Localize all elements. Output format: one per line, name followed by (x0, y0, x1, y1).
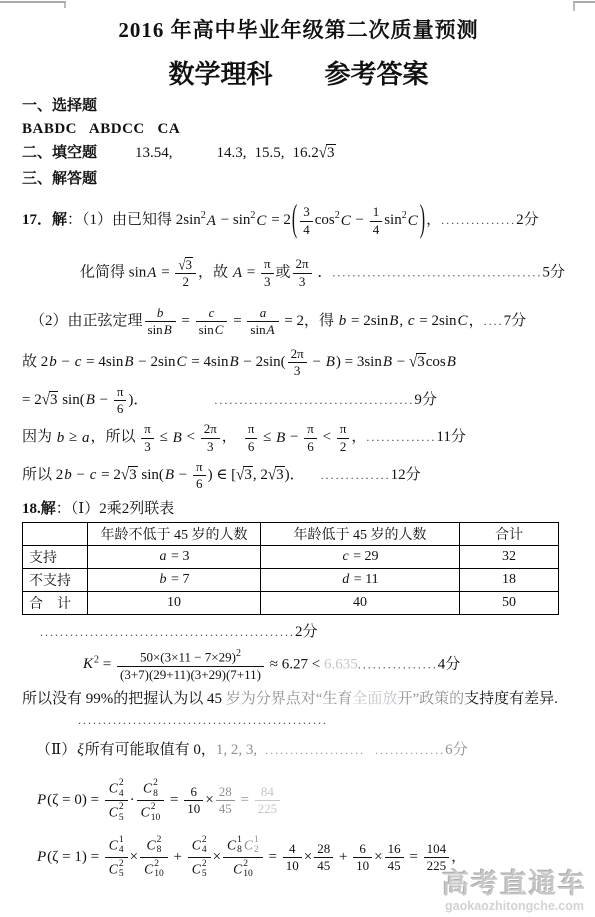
text-run: 10 (167, 595, 181, 610)
text-run: （Ⅱ） (36, 742, 76, 758)
math-variable: B (172, 430, 183, 446)
dotted-leader: ........................................… (78, 713, 328, 727)
text-run: 1, 2, 3, (216, 742, 257, 758)
fraction: √32 (175, 257, 196, 290)
math-variable: A (266, 322, 276, 337)
table-row: 支持a = 3c = 2932 (23, 546, 559, 569)
text-run: = 2sin (416, 313, 457, 329)
text-run: sin (250, 322, 265, 337)
math-variable: P (36, 849, 47, 865)
page-subtitle: 数学理科 参考答案 (22, 54, 575, 91)
fraction: π6 (193, 460, 206, 492)
text-run: − (73, 467, 89, 483)
q17-step2-line: 化简得 sinA = √32，故 A = π3或2π3 ．...........… (80, 257, 575, 290)
text-run: ， (469, 313, 484, 329)
text-run: − (175, 467, 191, 483)
table-cell: 40 (261, 592, 460, 615)
score-label: 11分 (436, 430, 465, 446)
text-run: 40 (353, 595, 367, 610)
text-run: 故 2 (22, 354, 48, 370)
table-cell (23, 523, 88, 546)
fraction: C24C25 (188, 835, 211, 880)
fraction: C24C25 (105, 778, 128, 823)
section-solve: 三、解答题 (22, 169, 575, 190)
text-run: = (166, 792, 182, 808)
table-cell: 不支持 (23, 569, 88, 592)
page-corner-mark-right (573, 1, 595, 11)
text-run: cos (315, 213, 335, 229)
fraction: 1645 (385, 842, 404, 874)
text-run: sin( (138, 467, 164, 483)
text-run: + (170, 849, 186, 865)
text-run: 或 (276, 265, 291, 281)
text-run: = (178, 313, 194, 329)
text-run: ≈ 6.27 < (266, 656, 324, 672)
fraction: 2845 (314, 842, 333, 874)
page-corner-mark-left (0, 1, 66, 8)
text-run: 所有可能取值有 0， (85, 742, 216, 758)
math-variable: C (407, 213, 419, 229)
superscript: 2 (335, 211, 340, 222)
text-run: 解 (41, 501, 56, 517)
sqrt-radical: √3 (409, 353, 426, 372)
text-run: = 29 (350, 549, 379, 564)
math-variable: b (63, 467, 73, 483)
text-run: · (130, 792, 135, 808)
text-run: − 2sin( (240, 354, 286, 370)
text-run: = (99, 656, 115, 672)
math-variable: b (48, 354, 58, 370)
site-watermark-title: 高考直通车 (442, 862, 587, 901)
combination-symbol: C25 (109, 802, 124, 823)
score-label: 6分 (445, 742, 468, 758)
table-cell: 合 计 (23, 592, 88, 615)
q17-step3-line: （2）由正弦定理bsinB = csinC = asinA = 2，得 b = … (30, 306, 575, 338)
dotted-leader: .............. (375, 743, 445, 757)
dotted-leader: .... (484, 314, 504, 328)
text-run: − (352, 213, 368, 229)
dotted-leader-line: ........................................… (78, 711, 575, 730)
dotted-leader: .............. (321, 468, 391, 482)
table-cell: 10 (88, 592, 261, 615)
text-run: 不支持 (29, 574, 71, 589)
section-solve-label: 三、解答题 (22, 171, 97, 187)
text-run: = 2 (97, 467, 120, 483)
table-cell: 50 (460, 592, 559, 615)
table-cell: 年龄低于 45 岁的人数 (261, 523, 460, 546)
text-run: , (399, 313, 407, 329)
text-run: 18. (22, 501, 41, 517)
text-run: 合计 (495, 528, 523, 543)
text-run: 32 (502, 549, 516, 564)
table-cell: 合计 (460, 523, 559, 546)
q17-step5-line: = 2√3 sin(B − π6)．......................… (22, 385, 575, 417)
superscript: 2 (236, 648, 241, 659)
sqrt-radical: √3 (42, 391, 59, 410)
table-row: 合 计104050 (23, 592, 559, 615)
math-variable: a (259, 305, 268, 320)
text-run: ≥ (65, 430, 81, 446)
fraction: π3 (141, 422, 154, 454)
text-run: ， (351, 430, 366, 446)
text-run: ≤ (259, 430, 275, 446)
math-variable: C (214, 322, 225, 337)
q18-part2-line: （Ⅱ）ξ所有可能取值有 0，1, 2, 3,..................… (36, 741, 575, 760)
text-run: , 2 (253, 467, 268, 483)
math-variable: B (229, 354, 240, 370)
table-cell: c = 29 (261, 546, 460, 569)
combination-symbol: C210 (141, 802, 161, 823)
text-run: 17．解 (22, 213, 67, 229)
text-run: ：（1）由已知得 2sin (67, 213, 201, 229)
math-variable: A (146, 265, 157, 281)
text-run: ， (222, 430, 237, 446)
page-title: 2016 年高中毕业年级第二次质量预测 (22, 14, 575, 44)
fraction: π6 (245, 422, 258, 454)
text-run: 13.54, (135, 145, 173, 161)
combination-symbol: C28 (147, 835, 162, 856)
text-run: = 4sin (188, 354, 229, 370)
text-run: − (58, 354, 74, 370)
combination-symbol: C24 (109, 778, 124, 799)
text-run: 14.3, (217, 145, 247, 161)
text-run: 岁为分界点对“生育 (226, 691, 353, 707)
math-variable: C (340, 213, 352, 229)
math-variable: B (163, 322, 173, 337)
q17-step4-line: 故 2b − c = 4sinB − 2sinC = 4sinB − 2sin(… (22, 347, 575, 379)
text-run: = (243, 265, 259, 281)
math-variable: B (164, 467, 175, 483)
text-run: − (393, 354, 409, 370)
score-leader-2fen: ........................................… (40, 623, 575, 642)
fraction: 2845 (216, 785, 235, 817)
math-variable: d (341, 572, 350, 587)
math-variable: c (407, 313, 416, 329)
fraction: 2π3 (288, 347, 307, 379)
text-run: 6.635 (324, 656, 358, 672)
section-fill-label: 二、填空题 (22, 145, 97, 161)
text-run: = (229, 313, 245, 329)
sqrt-radical: √3 (178, 257, 193, 272)
text-run: = (265, 849, 281, 865)
text-run: 开”政策的 (397, 691, 464, 707)
math-variable: B (275, 430, 286, 446)
sqrt-radical: √3 (319, 144, 336, 164)
combination-symbol: C12 (244, 835, 259, 856)
combination-symbol: C210 (233, 859, 253, 880)
text-run: sin( (58, 392, 84, 408)
text-run: 合 计 (29, 597, 71, 612)
text-run: 所以没有 99%的把握认为以 45 (22, 691, 226, 707)
text-run: cos (426, 354, 446, 370)
math-variable: B (446, 354, 457, 370)
math-variable: A (206, 213, 217, 229)
text-run: = 11 (350, 572, 378, 587)
math-variable: B (325, 354, 336, 370)
contingency-table: 年龄不低于 45 岁的人数年龄低于 45 岁的人数合计支持a = 3c = 29… (22, 522, 559, 615)
text-run: < (319, 430, 335, 446)
text-run: = 2 (267, 213, 290, 229)
text-run: 化简得 sin (80, 265, 146, 281)
text-run: ， (426, 213, 441, 229)
math-variable: c (341, 549, 349, 564)
text-run: 50 (502, 595, 516, 610)
text-run: ，故 (198, 265, 232, 281)
fraction: C14C25 (105, 835, 128, 880)
big-paren: ( (291, 198, 298, 245)
dotted-leader: .................... (265, 743, 365, 757)
table-cell: a = 3 (88, 546, 261, 569)
fraction: C18C12C210 (223, 835, 263, 880)
dotted-leader: ........................................… (40, 625, 295, 639)
math-variable: B (123, 354, 134, 370)
text-run: = 2，得 (281, 313, 338, 329)
combination-symbol: C24 (192, 835, 207, 856)
text-run: sin (199, 322, 214, 337)
combination-symbol: C25 (192, 859, 207, 880)
text-run: 15.5, (255, 145, 285, 161)
text-run: − (286, 430, 302, 446)
math-variable: K (82, 656, 94, 672)
score-label: 9分 (414, 392, 437, 408)
fraction: π3 (261, 257, 274, 289)
text-run: ，所以 (91, 430, 140, 446)
choice-answers: BABDC ABDCC CA (22, 121, 575, 138)
text-run: = 4sin (82, 354, 123, 370)
text-run: （2）由正弦定理 (30, 313, 143, 329)
score-label: 7分 (504, 313, 527, 329)
combination-symbol: C14 (109, 835, 124, 856)
text-run: ) = 3sin (336, 354, 382, 370)
text-run: − (309, 354, 325, 370)
text-run: − (96, 392, 112, 408)
score-label: 5分 (542, 265, 565, 281)
math-variable: b (56, 430, 66, 446)
text-run: 年龄不低于 45 岁的人数 (101, 528, 248, 543)
text-run: ≤ (156, 430, 172, 446)
math-variable: B (85, 392, 96, 408)
dotted-leader: ........................................… (332, 266, 542, 280)
text-run: 年龄低于 45 岁的人数 (294, 528, 427, 543)
text-run: × (213, 849, 221, 865)
dotted-leader: ........................................ (214, 393, 414, 407)
text-run: = 7 (168, 572, 190, 587)
text-run: < (183, 430, 199, 446)
text-run: 支持 (29, 551, 57, 566)
fraction: 34 (300, 205, 313, 237)
fraction: 410 (283, 842, 302, 874)
fraction: π6 (114, 385, 127, 417)
text-run: = 3 (168, 549, 190, 564)
fraction: csinC (196, 306, 228, 338)
fraction: bsinB (145, 306, 176, 338)
table-cell: d = 11 (261, 569, 460, 592)
fraction: π6 (304, 422, 317, 454)
table-cell: 32 (460, 546, 559, 569)
text-run: 全面放 (352, 691, 397, 707)
fraction: 14 (370, 205, 383, 237)
text-run: = 2 (22, 392, 42, 408)
math-variable: C (176, 354, 188, 370)
sqrt-radical: √3 (268, 466, 285, 485)
conclusion-line: 所以没有 99%的把握认为以 45 岁为分界点对“生育全面放开”政策的支持度有差… (22, 690, 575, 709)
text-run: 50×(3×11 − 7×29) (140, 649, 236, 664)
score-label: 4分 (438, 656, 461, 672)
fraction: C28C210 (137, 778, 165, 823)
dotted-leader: ............... (441, 214, 516, 228)
q18-heading-line: 18.解：（Ⅰ）2乘2列联表 (22, 500, 575, 519)
q17-step6-line: 因为 b ≥ a，所以 π3 ≤ B < 2π3，π6 ≤ B − π6 < π… (22, 422, 575, 454)
math-variable: C (457, 313, 469, 329)
fraction: 50×(3×11 − 7×29)2(3+7)(29+11)(3+29)(7+11… (117, 648, 264, 682)
math-variable: a (159, 549, 168, 564)
text-run: )． (285, 467, 305, 483)
text-run: − sin (217, 213, 250, 229)
fraction: 2π3 (201, 422, 220, 454)
q17-step1-line: 17．解：（1）由已知得 2sin2A − sin2C = 2(34cos2C … (22, 205, 575, 237)
text-run: = (406, 849, 422, 865)
table-cell: 年龄不低于 45 岁的人数 (88, 523, 261, 546)
math-variable: a (81, 430, 91, 446)
math-variable: ξ (76, 742, 84, 758)
section-choice-label: 一、选择题 (22, 98, 97, 114)
math-variable: P (36, 792, 47, 808)
text-run: 18 (502, 572, 516, 587)
dotted-leader: ................ (358, 657, 438, 671)
q17-step7-line: 所以 2b − c = 2√3 sin(B − π6) ∈ [√3, 2√3er… (22, 460, 575, 492)
fraction: C28C210 (140, 835, 168, 880)
text-run: + (335, 849, 351, 865)
text-run: × (205, 792, 213, 808)
text-run: ：（Ⅰ）2乘2列联表 (56, 501, 174, 517)
table-row: 年龄不低于 45 岁的人数年龄低于 45 岁的人数合计 (23, 523, 559, 546)
score-label: 2分 (295, 624, 318, 640)
math-variable: b (156, 305, 165, 320)
text-run: )． (128, 392, 148, 408)
fraction: 84225 (255, 785, 281, 817)
superscript: 2 (402, 211, 407, 222)
k-squared-line: K2 = 50×(3×11 − 7×29)2(3+7)(29+11)(3+29)… (82, 648, 575, 682)
text-run: 因为 (22, 430, 56, 446)
section-fill: 二、填空题13.54,14.3,15.5,16.2√3 (22, 143, 575, 164)
math-variable: B (382, 354, 393, 370)
math-variable: B (388, 313, 399, 329)
text-run: = (237, 792, 253, 808)
text-run: × (304, 849, 312, 865)
score-label: 12分 (391, 467, 421, 483)
fraction: 610 (353, 842, 372, 874)
table-cell: 18 (460, 569, 559, 592)
text-run: (ζ = 0) = (47, 792, 103, 808)
fraction: asinA (247, 306, 278, 338)
sqrt-radical: √3 (236, 466, 253, 485)
text-run: ． (314, 265, 333, 281)
combination-symbol: C25 (109, 859, 124, 880)
section-choice: 一、选择题 (22, 96, 575, 117)
text-run: = 2sin (347, 313, 388, 329)
probability-zero-line: P(ζ = 0) = C24C25·C28C210 = 610×2845 = 8… (36, 778, 575, 823)
text-run: (ζ = 1) = (47, 849, 103, 865)
text-run: sin (384, 213, 402, 229)
fraction: 610 (184, 785, 203, 817)
text-run: 16.2 (293, 145, 319, 161)
math-variable: b (159, 572, 168, 587)
contingency-table-body: 年龄不低于 45 岁的人数年龄低于 45 岁的人数合计支持a = 3c = 29… (23, 523, 559, 615)
site-watermark: 高考直通车 gaokaozhitongche.com (442, 862, 587, 913)
text-run: ) ∈ [ (208, 467, 237, 483)
text-run: × (130, 849, 138, 865)
table-cell: 支持 (23, 546, 88, 569)
text-run: sin (148, 322, 163, 337)
text-run: × (374, 849, 382, 865)
math-variable: C (255, 213, 267, 229)
big-paren: ) (419, 198, 426, 245)
site-watermark-domain: gaokaozhitongche.com (442, 899, 587, 913)
fill-answers: 13.54,14.3,15.5,16.2√3 (135, 145, 335, 161)
sqrt-radical: √3 (121, 466, 138, 485)
text-run: − 2sin (135, 354, 176, 370)
text-run: 支持度有差异. (464, 691, 558, 707)
combination-symbol: C210 (144, 859, 164, 880)
text-run: 所以 2 (22, 467, 63, 483)
fraction: 2π3 (293, 257, 312, 289)
score-label: 2分 (516, 213, 539, 229)
dotted-leader: .............. (366, 431, 436, 445)
text-run: = (157, 265, 173, 281)
combination-symbol: C18 (227, 835, 242, 856)
fraction: π2 (337, 422, 350, 454)
math-variable: A (232, 265, 243, 281)
text-run: (3+7)(29+11)(3+29)(7+11) (120, 667, 261, 682)
table-cell: b = 7 (88, 569, 261, 592)
combination-symbol: C28 (143, 778, 158, 799)
math-variable: b (338, 313, 348, 329)
table-row: 不支持b = 7d = 1118 (23, 569, 559, 592)
math-variable: c (208, 305, 216, 320)
answer-key-page: 2016 年高中毕业年级第二次质量预测 数学理科 参考答案 一、选择题 BABD… (0, 0, 595, 917)
